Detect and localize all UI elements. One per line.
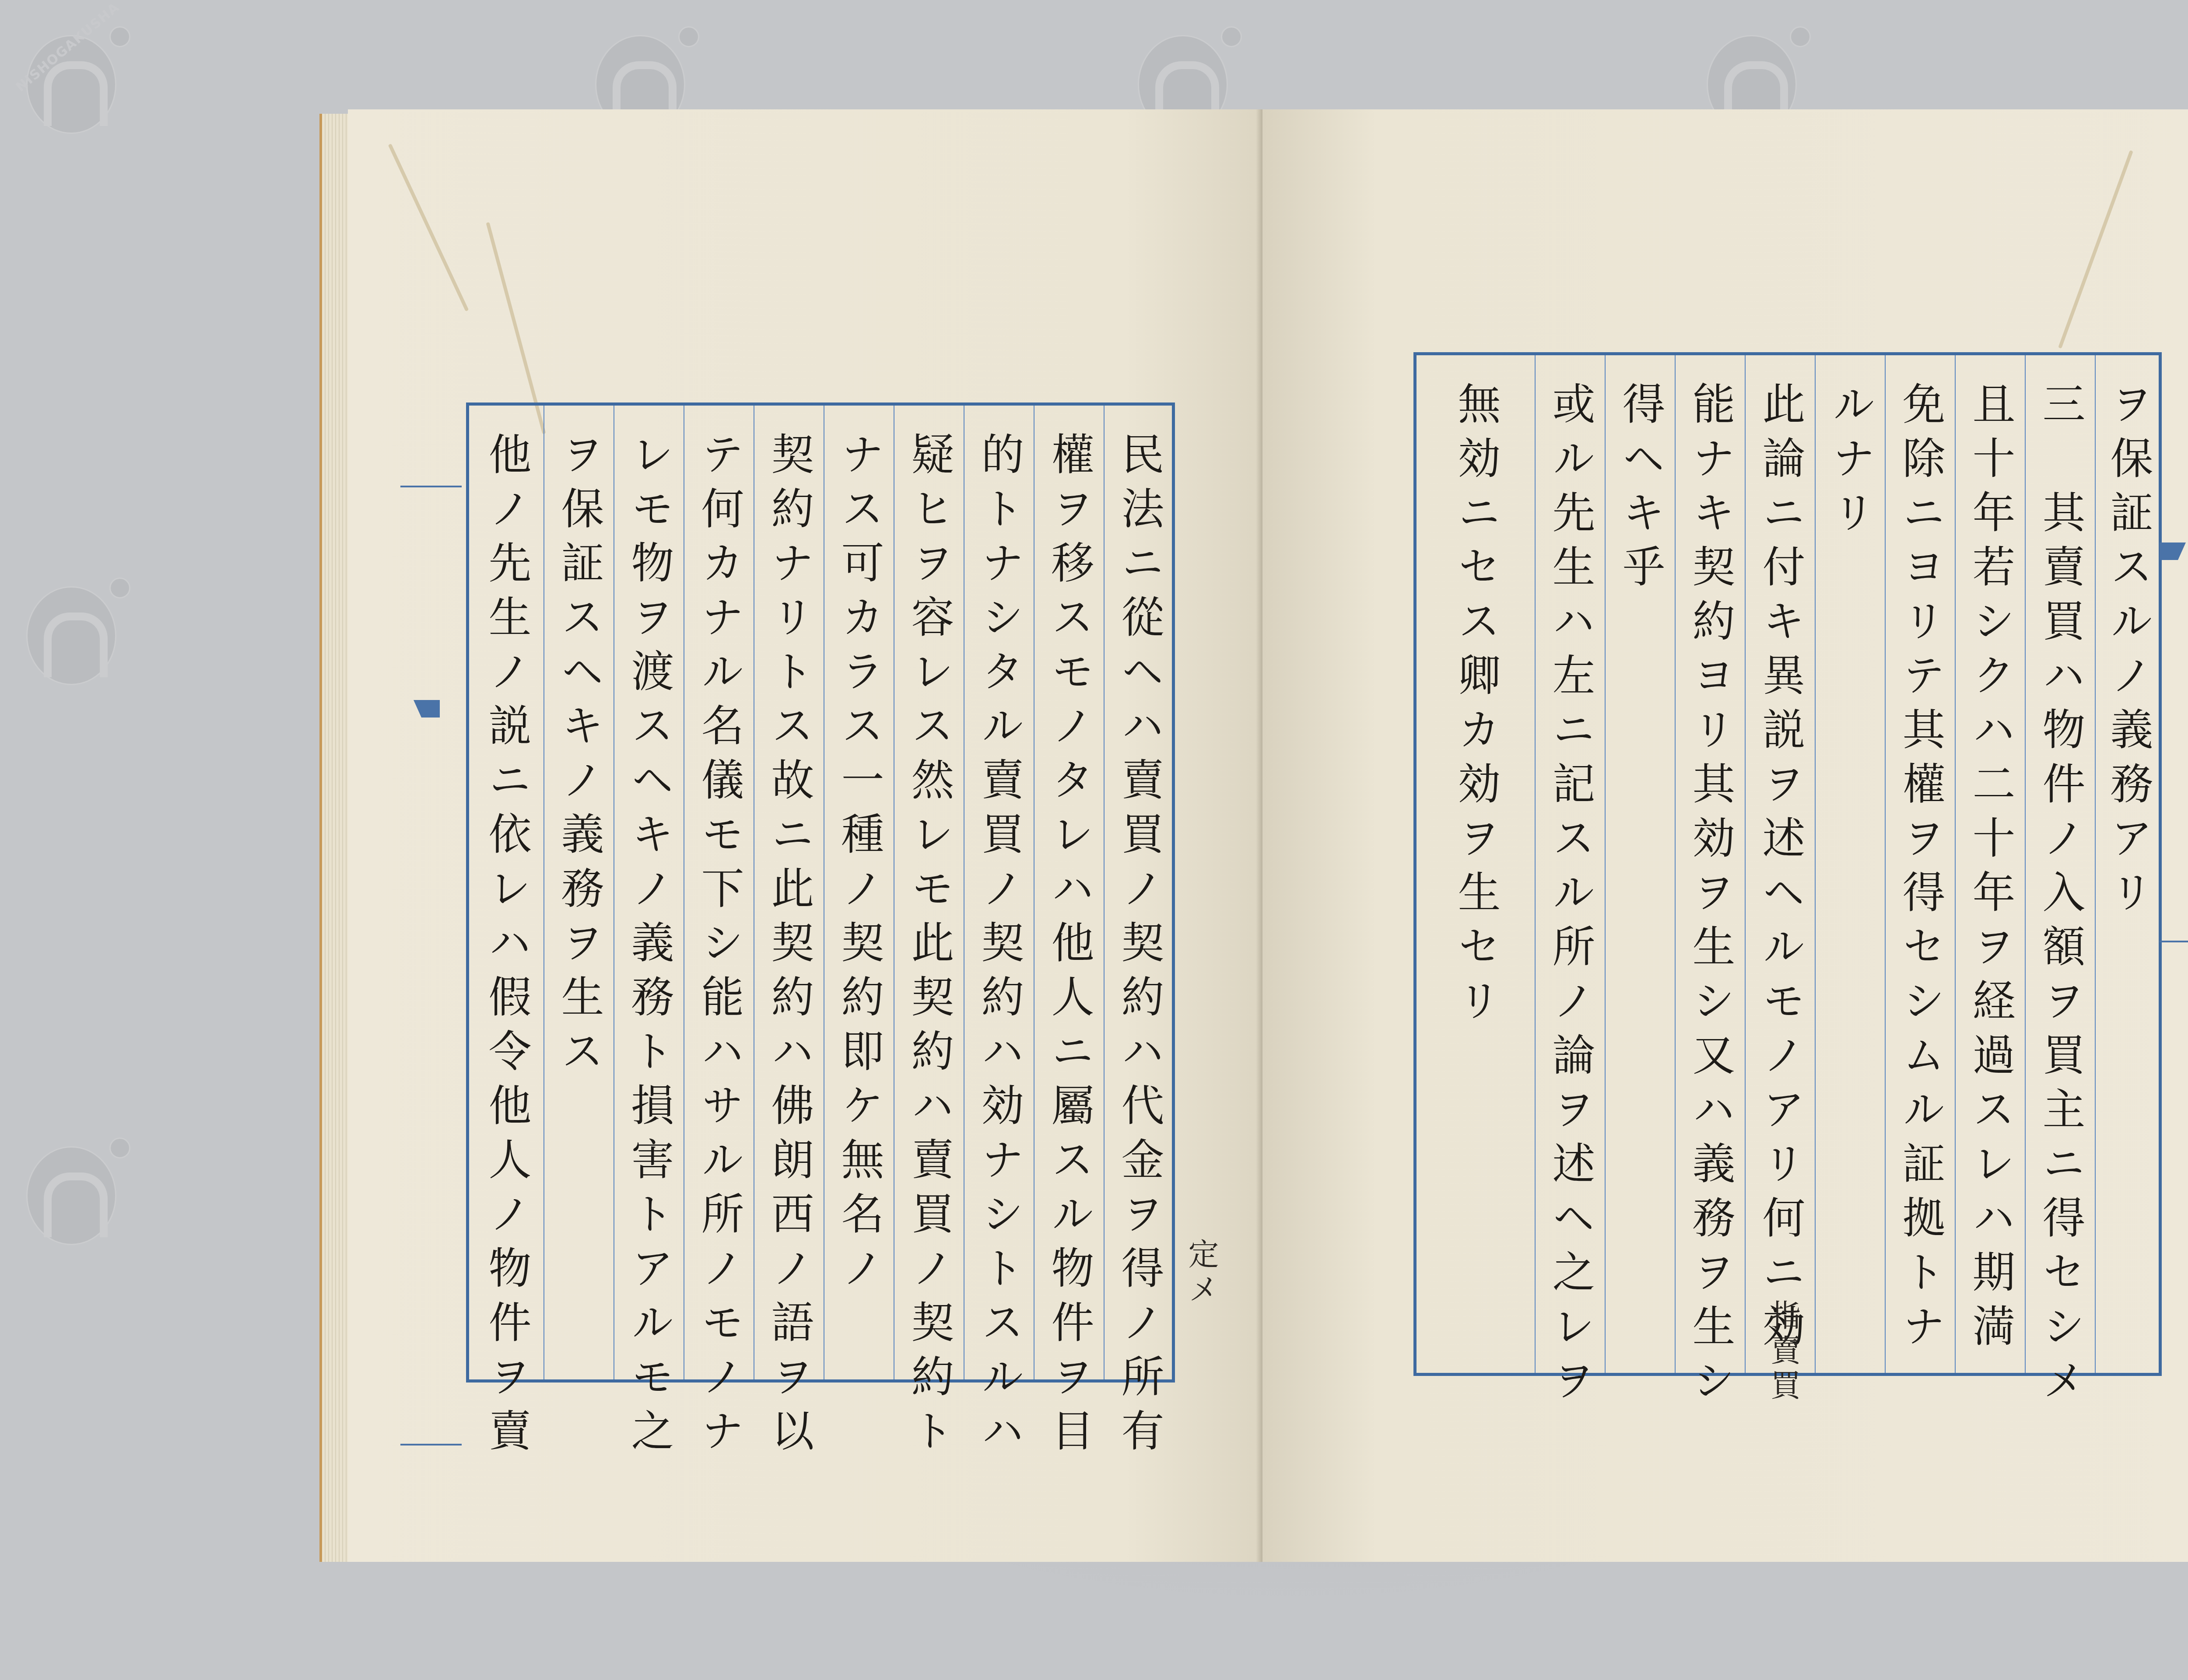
paper-stain (388, 143, 469, 311)
text-column: 免除ニヨリテ其權ヲ得セシムル証拠トナ (1885, 355, 1955, 1373)
text-column: 此論ニ付キ異説ヲ述ヘルモノアリ何ニ効 (1745, 355, 1815, 1373)
left-page: 民法ニ從ヘハ賣買ノ契約ハ代金ヲ得ノ所有 權ヲ移スモノタレハ他人ニ屬スル物件ヲ目 … (348, 109, 1262, 1562)
text-column: 得ヘキ乎 (1605, 355, 1675, 1373)
rule-tick (400, 1444, 462, 1445)
text-column: 能ナキ契約ヨリ其効ヲ生シ又ハ義務ヲ生シ (1675, 355, 1745, 1373)
text-column: 疑ヒヲ容レス然レモ此契約ハ賣買ノ契約ト (894, 406, 964, 1379)
watermark-logo (9, 560, 140, 691)
text-column: レモ物ヲ渡スヘキノ義務ト損害トアルモ之 (614, 406, 684, 1379)
text-column: 他ノ先生ノ説ニ依レハ假令他人ノ物件ヲ賣 (469, 406, 543, 1379)
text-column: ルナリ (1815, 355, 1885, 1373)
text-column: 的トナシタル賣買ノ契約ハ効ナシトスルハ (964, 406, 1034, 1379)
open-book: 民法ニ從ヘハ賣買ノ契約ハ代金ヲ得ノ所有 權ヲ移スモノタレハ他人ニ屬スル物件ヲ目 … (319, 109, 2188, 1566)
text-column: 或ル先生ハ左ニ記スル所ノ論ヲ述ヘ之レヲ (1535, 355, 1605, 1373)
text-column: 且十年若シクハ二十年ヲ経過スレハ期満 (1955, 355, 2025, 1373)
text-column: 契約ナリトス故ニ此契約ハ佛朗西ノ語ヲ以 (754, 406, 824, 1379)
tab-marker (414, 700, 440, 717)
rule-tick (2160, 941, 2188, 942)
text-column: 民法ニ從ヘハ賣買ノ契約ハ代金ヲ得ノ所有 (1104, 406, 1174, 1379)
margin-annotation: 指賣買 (1761, 1299, 1806, 1404)
margin-annotation: 定メ (1179, 1238, 1224, 1308)
right-ruled-frame: ヲ保証スルノ義務アリ 三 其賣買ハ物件ノ入額ヲ買主ニ得セシメ 且十年若シクハ二十… (1413, 352, 2162, 1376)
tab-marker (2160, 542, 2186, 560)
left-ruled-frame: 民法ニ從ヘハ賣買ノ契約ハ代金ヲ得ノ所有 權ヲ移スモノタレハ他人ニ屬スル物件ヲ目 … (466, 402, 1175, 1382)
text-column: 三 其賣買ハ物件ノ入額ヲ買主ニ得セシメ (2025, 355, 2095, 1373)
text-column: 無効ニセス卿カ効ヲ生セリ (1417, 355, 1535, 1373)
rule-tick (400, 486, 462, 487)
right-page: ヲ保証スルノ義務アリ 三 其賣買ハ物件ノ入額ヲ買主ニ得セシメ 且十年若シクハ二十… (1262, 109, 2188, 1562)
paper-stain (2058, 150, 2133, 349)
text-column: テ何カナル名儀モ下シ能ハサル所ノモノナ (684, 406, 754, 1379)
watermark-logo: NISHOGAKUSHA (9, 9, 140, 140)
text-column: ナス可カラス一種ノ契約即ケ無名ノ (824, 406, 894, 1379)
watermark-logo (9, 1120, 140, 1251)
text-column: ヲ保証スルノ義務アリ (2095, 355, 2160, 1373)
text-column: 權ヲ移スモノタレハ他人ニ屬スル物件ヲ目 (1034, 406, 1104, 1379)
text-column: ヲ保証スヘキノ義務ヲ生ス (543, 406, 614, 1379)
